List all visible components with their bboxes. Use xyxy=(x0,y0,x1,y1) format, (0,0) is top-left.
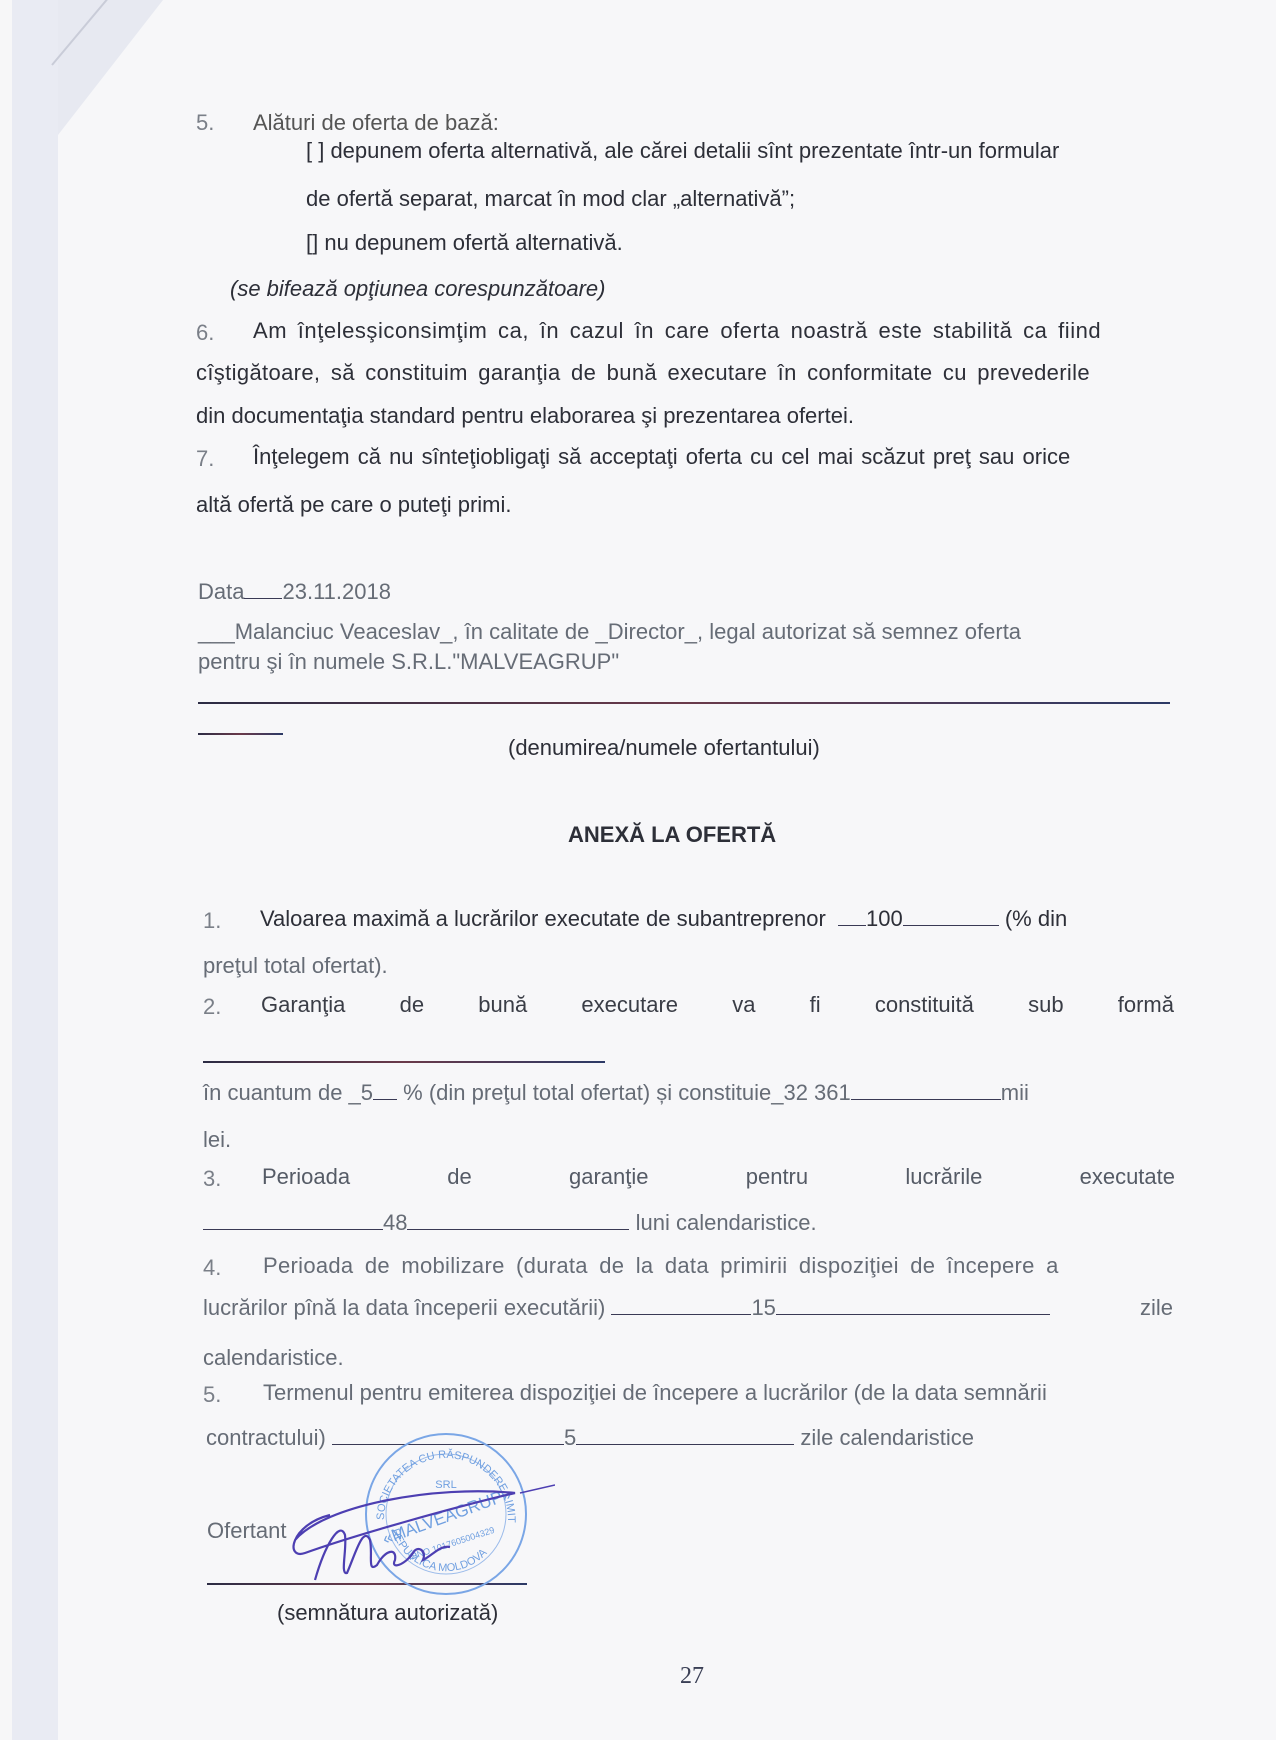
bidder-name-line xyxy=(198,702,1170,704)
signer-line: ___Malanciuc Veaceslav_, în calitate de … xyxy=(198,619,1021,645)
instruction-note: (se bifează opţiunea corespunzătoare) xyxy=(230,276,605,302)
word: pentru xyxy=(746,1164,808,1190)
blank-line xyxy=(611,1296,751,1315)
blank-line xyxy=(776,1296,1050,1315)
text: zile xyxy=(1140,1295,1173,1321)
signature-caption: (semnătura autorizată) xyxy=(277,1600,498,1626)
text: lei. xyxy=(203,1127,231,1153)
paragraph-line: altă ofertă pe care o puteţi primi. xyxy=(196,492,512,518)
text: (% din xyxy=(1005,906,1067,931)
handwritten-signature-icon xyxy=(285,1465,555,1595)
date-value: 23.11.2018 xyxy=(282,579,390,604)
word: garanţie xyxy=(569,1164,649,1190)
paragraph-line: preţul total ofertat). xyxy=(203,953,388,979)
item-number: 5. xyxy=(196,110,214,136)
text: în cuantum de _ xyxy=(203,1080,361,1105)
text: % (din preţul total ofertat) și constitu… xyxy=(403,1080,783,1105)
word: executare xyxy=(581,992,678,1018)
item-number: 3. xyxy=(203,1166,221,1192)
annex-item-1: Valoarea maximă a lucrărilor executate d… xyxy=(260,906,1067,932)
page-number: 27 xyxy=(680,1663,704,1690)
date-label: Data23.11.2018 xyxy=(198,579,391,605)
annex-item-2-line: Garanţiadebunăexecutarevaficonstituităsu… xyxy=(261,992,1174,1018)
word: de xyxy=(447,1164,471,1190)
word: lucrările xyxy=(905,1164,982,1190)
guarantee-amount-value: 32 361 xyxy=(783,1080,850,1105)
option-text-continued: de ofertă separat, marcat în mod clar „a… xyxy=(306,186,795,212)
text: calendaristice. xyxy=(203,1345,344,1371)
paragraph-line: Am înţelesşiconsimţim ca, în cazul în ca… xyxy=(253,318,1168,344)
start-order-days-value: 5 xyxy=(564,1425,576,1450)
guarantee-percent-value: 5 xyxy=(361,1080,373,1105)
word: Garanţia xyxy=(261,992,345,1018)
item-number: 7. xyxy=(196,446,214,472)
blank-line xyxy=(407,1211,629,1230)
item-number: 5. xyxy=(203,1382,221,1408)
scan-bottom-edge xyxy=(0,1740,1276,1755)
annex-item-3-line: Perioadadegaranţiepentrulucrărileexecuta… xyxy=(262,1164,1175,1190)
mobilization-line: lucrărilor pînă la data începerii execut… xyxy=(203,1295,1050,1321)
paragraph-line: Perioada de mobilizare (durata de la dat… xyxy=(263,1253,1059,1279)
start-order-line: contractului) 5 zile calendaristice xyxy=(206,1425,974,1451)
text-line: Am înţelesşiconsimţim ca, în cazul în ca… xyxy=(253,318,1101,344)
folded-corner xyxy=(58,0,163,135)
document-page xyxy=(58,0,1276,1740)
word: sub xyxy=(1028,992,1063,1018)
word: formă xyxy=(1118,992,1174,1018)
word: constituită xyxy=(875,992,974,1018)
signer-name: Malanciuc Veaceslav_ xyxy=(235,619,453,644)
word: bună xyxy=(478,992,527,1018)
blank-line xyxy=(903,907,999,926)
word: va xyxy=(732,992,755,1018)
checkbox-option-no-alternative: [] nu depunem ofertă alternativă. xyxy=(306,230,623,256)
warranty-period-line: 48 luni calendaristice. xyxy=(203,1210,817,1236)
word: Perioada xyxy=(262,1164,350,1190)
paragraph-line: Înţelegem că nu sînteţiobligaţi să accep… xyxy=(253,444,1070,470)
item-heading: Alături de oferta de bază: xyxy=(253,110,499,136)
annex-title: ANEXĂ LA OFERTĂ xyxy=(568,822,776,848)
guarantee-amount-line: în cuantum de _5 % (din preţul total ofe… xyxy=(203,1080,1029,1106)
subcontractor-percent-value: 100 xyxy=(866,906,903,931)
item-number: 1. xyxy=(203,908,221,934)
text: mii xyxy=(1001,1080,1029,1105)
item-number: 4. xyxy=(203,1255,221,1281)
date-label-text: Data xyxy=(198,579,244,604)
blank-line xyxy=(838,907,866,926)
signature-label: Ofertant xyxy=(207,1518,286,1544)
signer-role: Director_ xyxy=(608,619,697,644)
blank-line xyxy=(576,1426,794,1445)
blank-line xyxy=(373,1081,397,1100)
text: contractului) xyxy=(206,1425,326,1450)
blank: ___ xyxy=(198,619,235,644)
text: Valoarea maximă a lucrărilor executate d… xyxy=(260,906,826,931)
guarantee-form-line xyxy=(203,1061,605,1063)
text: zile calendaristice xyxy=(800,1425,974,1450)
blank-line xyxy=(851,1081,1001,1100)
text: , legal autorizat să semnez oferta xyxy=(697,619,1021,644)
paragraph-line: din documentaţia standard pentru elabora… xyxy=(196,403,854,429)
bidder-caption: (denumirea/numele ofertantului) xyxy=(508,735,820,761)
text: , în calitate de _ xyxy=(452,619,607,644)
text: lucrărilor pînă la data începerii execut… xyxy=(203,1295,605,1320)
bidder-name-line-short xyxy=(198,733,283,735)
blank-line xyxy=(203,1211,383,1230)
paragraph-line: Termenul pentru emiterea dispoziţiei de … xyxy=(263,1380,1047,1406)
checkbox-option-alternative: [ ] depunem oferta alternativă, ale căre… xyxy=(306,138,1059,164)
mobilization-days-value: 15 xyxy=(751,1295,775,1320)
warranty-months-value: 48 xyxy=(383,1210,407,1235)
blank-line xyxy=(244,580,282,599)
item-number: 2. xyxy=(203,994,221,1020)
item-number: 6. xyxy=(196,320,214,346)
word: fi xyxy=(810,992,821,1018)
paragraph-line: cîştigătoare, să constituim garanţia de … xyxy=(196,360,1090,386)
scanner-background-strip xyxy=(12,0,58,1740)
text: luni calendaristice. xyxy=(636,1210,817,1235)
word: de xyxy=(400,992,424,1018)
company-line: pentru şi în numele S.R.L."MALVEAGRUP" xyxy=(198,649,619,675)
word: executate xyxy=(1080,1164,1175,1190)
